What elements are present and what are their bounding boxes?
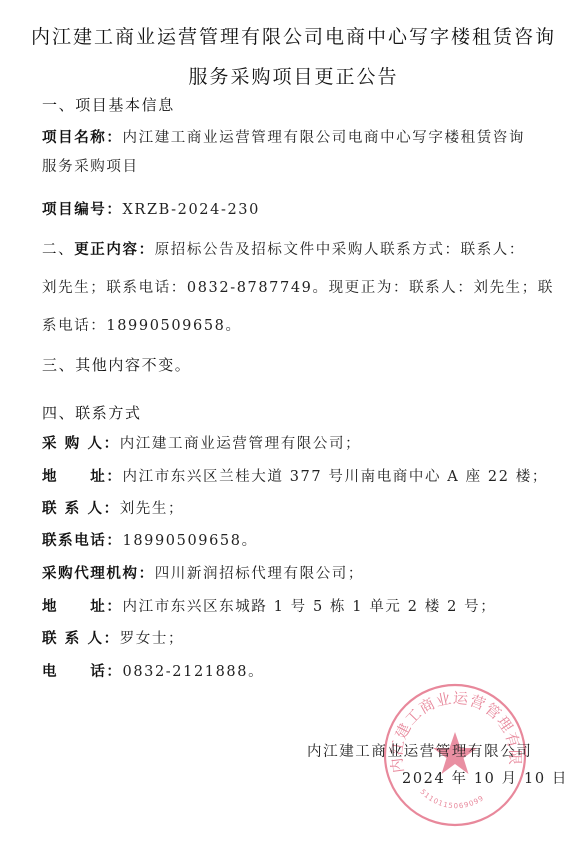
purchaser-address-label: 地 址： <box>42 469 123 485</box>
agency-phone-value: 0832-2121888。 <box>123 664 265 680</box>
title-line-1: 内江建工商业运营管理有限公司电商中心写字楼租赁咨询 <box>0 22 587 49</box>
purchaser-phone-label: 联系电话： <box>42 533 123 549</box>
purchaser-label: 采 购 人： <box>42 436 120 452</box>
purchaser-value: 内江建工商业运营管理有限公司； <box>120 436 362 452</box>
project-name-line-1: 项目名称：内江建工商业运营管理有限公司电商中心写字楼租赁咨询 <box>42 126 525 147</box>
purchaser-contact-value: 刘先生； <box>120 501 184 517</box>
agency-value: 四川新润招标代理有限公司； <box>155 566 364 582</box>
correction-line-2: 刘先生；联系电话：0832-8787749。现更正为：联系人：刘先生；联 <box>42 276 554 297</box>
correction-text-1: 原招标公告及招标文件中采购人联系方式：联系人： <box>155 242 525 258</box>
agency-address-line: 地 址：内江市东兴区东城路 1 号 5 栋 1 单元 2 楼 2 号； <box>42 595 496 616</box>
project-no-label: 项目编号： <box>42 202 123 218</box>
agency-address-value: 内江市东兴区东城路 1 号 5 栋 1 单元 2 楼 2 号； <box>123 599 497 615</box>
section1-heading: 一、项目基本信息 <box>42 94 175 115</box>
svg-text:5110115069099: 5110115069099 <box>418 788 485 810</box>
purchaser-address-value: 内江市东兴区兰桂大道 377 号川南电商中心 A 座 22 楼； <box>123 469 548 485</box>
agency-contact-value: 罗女士； <box>120 631 184 647</box>
agency-phone-label: 电 话： <box>42 664 123 680</box>
project-name-line-2: 服务采购项目 <box>42 155 139 176</box>
purchaser-contact-line: 联 系 人：刘先生； <box>42 497 184 518</box>
project-no-line: 项目编号：XRZB-2024-230 <box>42 198 260 219</box>
project-name-label: 项目名称： <box>42 130 123 146</box>
agency-contact-line: 联 系 人：罗女士； <box>42 627 184 648</box>
correction-prefix: 二、 <box>42 242 74 258</box>
correction-line-1: 二、更正内容：原招标公告及招标文件中采购人联系方式：联系人： <box>42 238 525 259</box>
correction-label: 更正内容： <box>74 242 155 258</box>
agency-line: 采购代理机构：四川新润招标代理有限公司； <box>42 562 364 583</box>
purchaser-address-line: 地 址：内江市东兴区兰桂大道 377 号川南电商中心 A 座 22 楼； <box>42 465 548 486</box>
purchaser-line: 采 购 人：内江建工商业运营管理有限公司； <box>42 432 361 453</box>
signature-company: 内江建工商业运营管理有限公司 <box>307 740 532 761</box>
project-no-value: XRZB-2024-230 <box>123 202 260 218</box>
project-name-value: 内江建工商业运营管理有限公司电商中心写字楼租赁咨询 <box>123 130 526 146</box>
purchaser-contact-label: 联 系 人： <box>42 501 120 517</box>
agency-label: 采购代理机构： <box>42 566 155 582</box>
signature-date: 2024 年 10 月 10 日 <box>402 767 568 788</box>
section3-text: 三、其他内容不变。 <box>42 354 191 375</box>
purchaser-phone-line: 联系电话：18990509658。 <box>42 529 258 550</box>
purchaser-phone-value: 18990509658。 <box>123 533 258 549</box>
agency-contact-label: 联 系 人： <box>42 631 120 647</box>
correction-line-3: 系电话：18990509658。 <box>42 314 242 335</box>
agency-address-label: 地 址： <box>42 599 123 615</box>
title-line-2: 服务采购项目更正公告 <box>0 62 587 89</box>
agency-phone-line: 电 话：0832-2121888。 <box>42 660 264 681</box>
section4-heading: 四、联系方式 <box>42 402 142 423</box>
